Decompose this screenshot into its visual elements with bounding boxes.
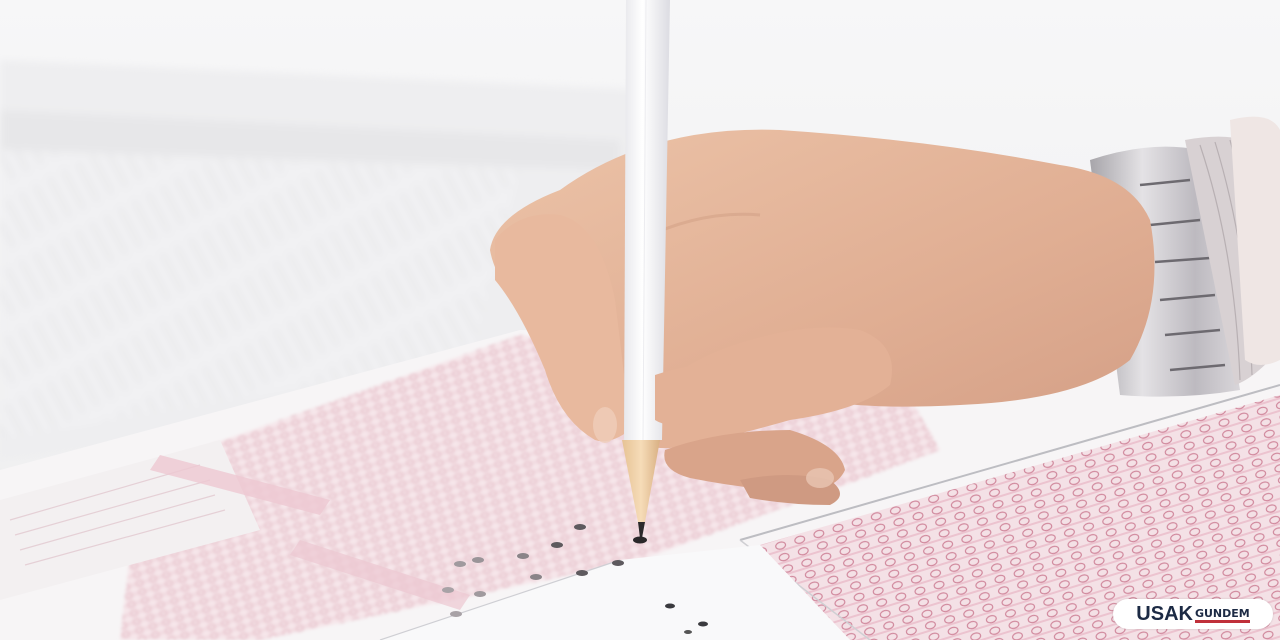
exam-photo-illustration	[0, 0, 1280, 640]
watermark-main-text: USAK	[1136, 604, 1193, 624]
brand-watermark: USAK GUNDEM	[1113, 599, 1273, 629]
photo	[0, 0, 1280, 640]
watermark-sub-text: GUNDEM	[1195, 608, 1250, 623]
